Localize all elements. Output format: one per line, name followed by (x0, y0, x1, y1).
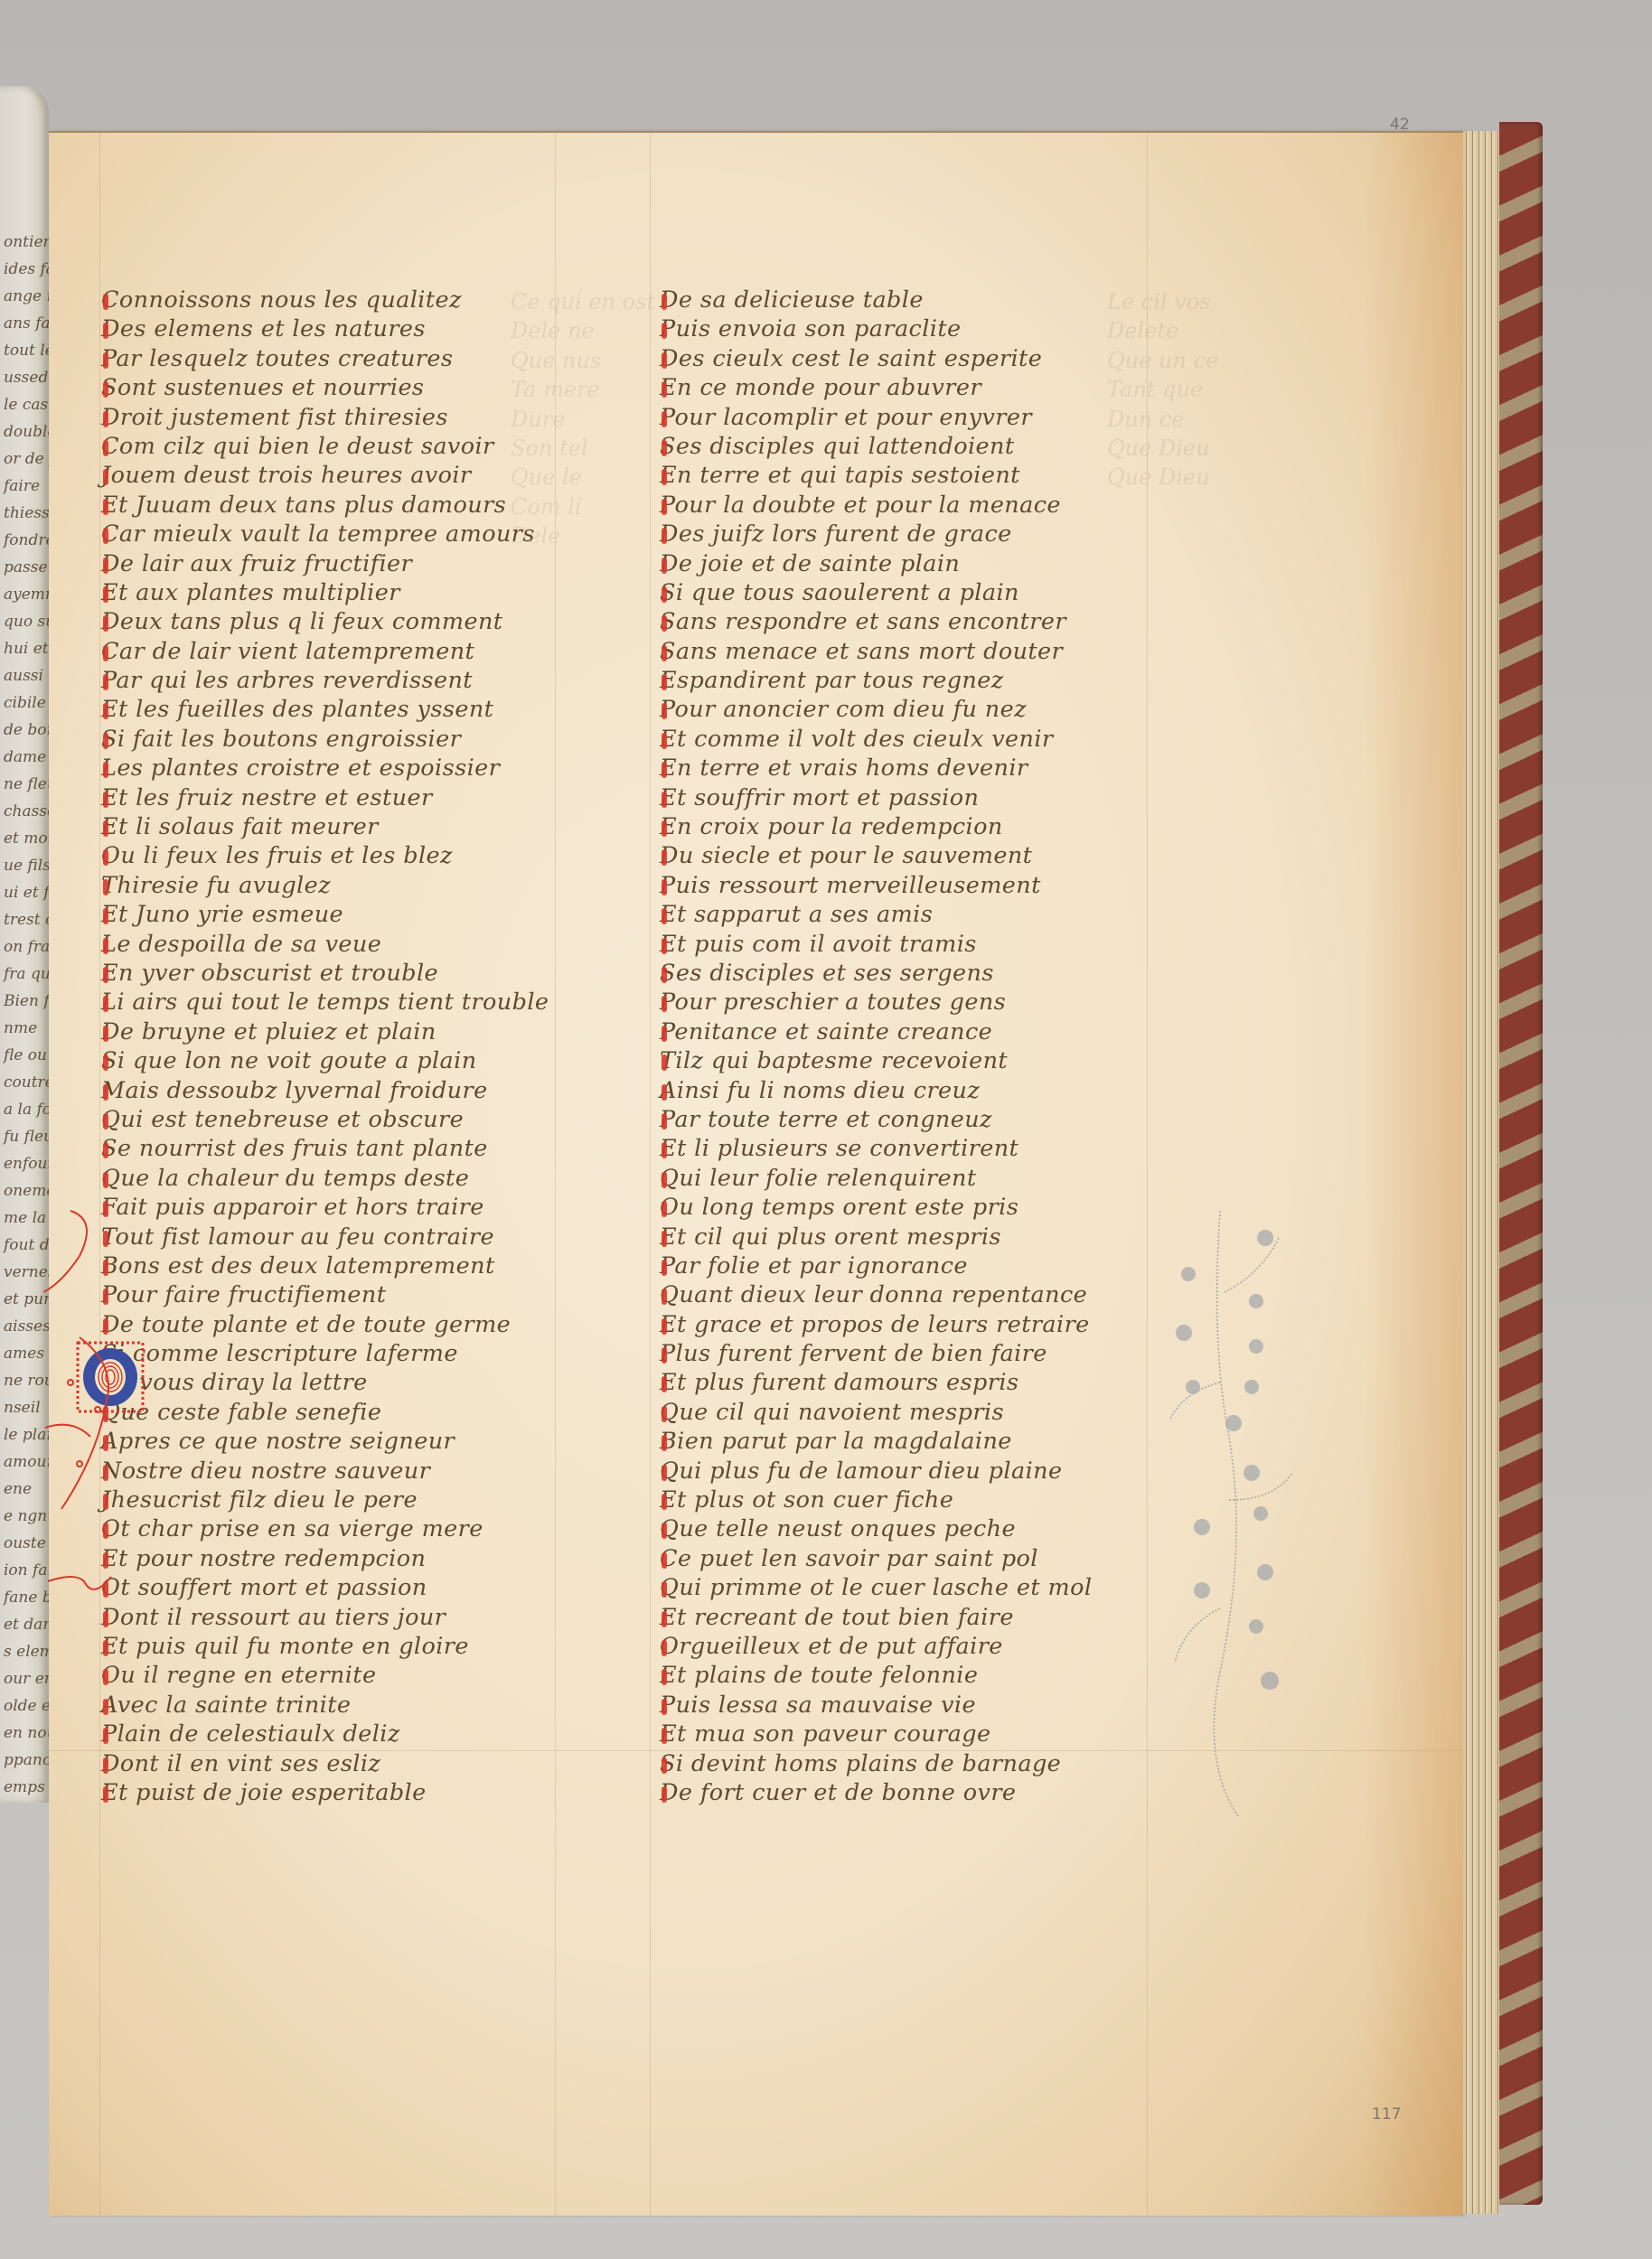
rubricated-initial: S (660, 960, 676, 987)
rubricated-initial: S (660, 579, 676, 606)
rubricated-initial: E (101, 696, 118, 723)
verse-line: Pour anoncier com dieu fu nez (660, 695, 1092, 724)
facing-page-fragment: nme (4, 1017, 49, 1041)
rubricated-initial: E (101, 1779, 118, 1806)
verse-line: Ou long temps orent este pris (660, 1193, 1092, 1222)
verse-line: Avec la sainte trinite (101, 1691, 549, 1720)
verse-line: Dont il en vint ses esliz (101, 1749, 549, 1778)
facing-page-fragment: enfoutes (4, 1152, 49, 1176)
rubricated-initial: P (101, 667, 116, 694)
verse-line: Pour la doubte et pour la menace (660, 491, 1092, 520)
facing-page-fragment: fane bruge (4, 1586, 49, 1610)
rubricated-initial: P (660, 1106, 674, 1133)
facing-page-fragment: me la (4, 1206, 49, 1231)
rubricated-initial: S (660, 1750, 676, 1777)
rubricated-initial: D (660, 1779, 679, 1806)
rubricated-initial: E (101, 1633, 118, 1660)
rubricated-initial: Q (660, 1281, 679, 1308)
verse-line: En ce monde pour abuvrer (660, 373, 1092, 402)
verse-line: Ot souffert mort et passion (101, 1573, 549, 1602)
rubricated-initial: T (660, 1047, 675, 1074)
facing-page-fragment: passemble (4, 556, 49, 580)
verse-line: Droit justement fist thiresies (101, 403, 549, 432)
rubricated-initial: P (101, 1720, 117, 1748)
rubricated-initial: E (660, 1720, 677, 1748)
verse-line: Deux tans plus q li feux comment (101, 607, 549, 636)
verse-line: Si que lon ne voit goute a plain (101, 1046, 549, 1075)
rubricated-initial: A (101, 1692, 117, 1719)
rubricated-initial: E (101, 784, 118, 811)
rubricated-initial: A (660, 1077, 677, 1104)
rubricated-initial: S (101, 1047, 117, 1074)
rubricated-initial: S (660, 638, 676, 665)
facing-page-fragment: or de fardi (4, 447, 49, 472)
rubricated-initial: E (660, 784, 677, 811)
rubricated-initial: E (660, 1311, 677, 1338)
facing-page-fragment: thiesse (4, 501, 49, 526)
verse-line: Et les fueilles des plantes yssent (101, 695, 549, 724)
facing-page-fragment: de bonire (4, 718, 49, 743)
facing-page-fragment: ussed doubt (4, 366, 49, 390)
rubricated-initial: Q (660, 1165, 679, 1192)
rubricated-initial: E (660, 755, 677, 782)
rubricated-initial: E (660, 726, 677, 753)
facing-page-fragment: s element (4, 1640, 49, 1664)
facing-page-fragment: hui et a (4, 637, 49, 661)
verse-line: Et cil qui plus orent mespris (660, 1223, 1092, 1251)
rubricated-initial: S (660, 433, 676, 460)
rubricated-initial: E (660, 667, 677, 694)
verse-line: Les plantes croistre et espoissier (101, 754, 549, 783)
facing-page-fragment: ui et fou (4, 881, 49, 905)
verse-line: Et pour nostre redempcion (101, 1544, 549, 1573)
verse-line: Et plains de toute felonnie (660, 1661, 1092, 1690)
rubricated-initial: L (101, 931, 117, 958)
rubricated-initial: E (660, 901, 677, 928)
rubricated-initial: O (101, 842, 120, 869)
facing-page-fragment: ion famb (4, 1559, 49, 1583)
verse-line: Pour preschier a toutes gens (660, 988, 1092, 1017)
verse-line: Et puist de joie esperitable (101, 1778, 549, 1807)
rubricated-initial: D (101, 315, 120, 342)
rubricated-initial: D (101, 1018, 120, 1045)
verse-line: De fort cuer et de bonne ovre (660, 1778, 1092, 1807)
facing-page-fragment: emps faut (4, 1776, 49, 1800)
verse-line: De toute plante et de toute germe (101, 1310, 549, 1339)
facing-page-fragment: ue fils sout (4, 854, 49, 878)
verse-line: Et Juno yrie esmeue (101, 900, 549, 929)
verse-line: Des juifz lors furent de grace (660, 520, 1092, 548)
rubricated-initial: E (101, 579, 118, 606)
facing-page-fragment: le cas faill (4, 393, 49, 417)
verse-line: Sans respondre et sans encontrer (660, 607, 1092, 636)
verse-line: Com cilz qui bien le deust savoir (101, 432, 549, 461)
verse-line: Ses disciples et ses sergens (660, 959, 1092, 988)
rubricated-initial: P (660, 872, 676, 899)
rubricated-initial: Q (660, 1515, 679, 1542)
verse-line: Et li plusieurs se convertirent (660, 1134, 1092, 1163)
facing-page-fragment: on fra (4, 935, 49, 960)
rubricated-initial: C (660, 1545, 678, 1572)
verse-line: Et li solaus fait meurer (101, 812, 549, 841)
ruling-line (99, 133, 100, 2216)
verse-line: Et mua son paveur courage (660, 1720, 1092, 1748)
rubricated-initial: C (101, 286, 119, 314)
facing-page-fragment: vernes (4, 1261, 49, 1285)
facing-page-fragment: le plans (4, 1423, 49, 1448)
facing-page-fragment: nseil (4, 1396, 49, 1420)
verse-line: Sont sustenues et nourries (101, 373, 549, 402)
verse-line: Si comme lescripture laferme (101, 1339, 549, 1368)
rubricated-initial: D (660, 550, 679, 577)
verse-line: Qui primme ot le cuer lasche et mol (660, 1573, 1092, 1602)
verse-line: Par lesquelz toutes creatures (101, 344, 549, 373)
rubricated-initial: D (660, 520, 679, 548)
verse-line: Or vous diray la lettre (101, 1368, 549, 1397)
verse-line: Et aux plantes multiplier (101, 578, 549, 607)
facing-page-fragment: coutre (4, 1071, 49, 1095)
verse-line: Et comme il volt des cieulx venir (660, 725, 1092, 754)
verse-line: Car de lair vient latemprement (101, 637, 549, 666)
rubricated-initial: D (101, 550, 120, 577)
book-binding (1499, 122, 1543, 2205)
verse-line: Ses disciples qui lattendoient (660, 432, 1092, 461)
verse-line: Par toute terre et congneuz (660, 1105, 1092, 1134)
facing-page-fragment: olde et de (4, 1694, 49, 1719)
verse-line: Et puis quil fu monte en gloire (101, 1632, 549, 1661)
rubricated-initial: D (101, 1750, 120, 1777)
rubricated-initial: L (101, 989, 117, 1016)
rubricated-initial: E (660, 931, 677, 958)
facing-page-fragment: ange retraire (4, 285, 49, 309)
rubricated-initial: E (660, 1486, 677, 1514)
verse-line: Qui est tenebreuse et obscure (101, 1105, 549, 1134)
rubricated-initial: O (660, 1194, 679, 1221)
rubricated-initial: Q (101, 1106, 120, 1133)
rubricated-initial: Q (660, 1574, 679, 1601)
verse-line: Et plus furent damours espris (660, 1368, 1092, 1397)
rubricated-initial: M (101, 1077, 126, 1104)
rubricated-initial: E (101, 960, 118, 987)
facing-page-fragment: ayemnes (4, 583, 49, 607)
verse-line: Le despoilla de sa veue (101, 930, 549, 959)
facing-page-fragment: our ement (4, 1667, 49, 1692)
rubricated-initial: E (660, 813, 677, 840)
facing-page-fragment: ames (4, 1342, 49, 1366)
verse-line: Et souffrir mort et passion (660, 783, 1092, 812)
rubricated-initial: E (660, 1223, 677, 1251)
verse-line: Et les fruiz nestre et estuer (101, 783, 549, 812)
rubricated-initial: P (660, 315, 676, 342)
rubricated-initial: P (660, 696, 675, 723)
verse-line: En terre et vrais homs devenir (660, 754, 1092, 783)
rubricated-initial: O (660, 1633, 679, 1660)
rubricated-initial: E (101, 901, 118, 928)
marginal-vine-sketch-icon (1166, 1202, 1301, 1825)
verse-line: Qui plus fu de lamour dieu plaine (660, 1457, 1092, 1486)
verse-line: Puis lessa sa mauvaise vie (660, 1691, 1092, 1720)
verse-line: En croix pour la redempcion (660, 812, 1092, 841)
rubricated-initial: D (101, 608, 120, 635)
facing-page-fragment: dame (4, 745, 49, 770)
rubricated-initial: E (101, 813, 118, 840)
rubricated-initial: S (101, 1135, 117, 1162)
verse-line: Li airs qui tout le temps tient trouble (101, 988, 549, 1017)
verse-line: Tout fist lamour au feu contraire (101, 1223, 549, 1251)
text-column-right: De sa delicieuse tablePuis envoia son pa… (660, 286, 1092, 1807)
rubricated-initial: E (660, 1604, 677, 1631)
verse-line: Mais dessoubz lyvernal froidure (101, 1076, 549, 1105)
verse-line: Par folie et par ignorance (660, 1251, 1092, 1280)
rubricated-initial: P (660, 989, 675, 1016)
verse-line: Connoissons nous les qualitez (101, 286, 549, 314)
verse-line: Dont il ressourt au tiers jour (101, 1603, 549, 1632)
verse-line: Si devint homs plains de barnage (660, 1749, 1092, 1778)
verse-line: Sans menace et sans mort douter (660, 637, 1092, 666)
verse-line: Car mieulx vault la tempree amours (101, 520, 549, 548)
bleedthrough-text: Le cil vosDeleteQue un ceTant queDun ceQ… (1107, 287, 1218, 492)
facing-page-fragment: fra que (4, 962, 49, 987)
left-facing-page: ontierides faireange retraireans fauorto… (0, 86, 49, 1803)
red-penwork-flourish-icon (43, 1202, 125, 1599)
verse-line: Que telle neust onques peche (660, 1514, 1092, 1543)
verse-line: Pour lacomplir et pour enyvrer (660, 403, 1092, 432)
verse-line: De bruyne et pluiez et plain (101, 1017, 549, 1046)
verse-line: Apres ce que nostre seigneur (101, 1427, 549, 1456)
facing-page-fragment: cibile (4, 691, 49, 716)
rubricated-initial: J (101, 462, 111, 489)
rubricated-initial: P (660, 1018, 674, 1045)
rubricated-initial: E (660, 462, 677, 489)
facing-page-fragment: trest on (4, 908, 49, 933)
verse-line: Puis ressourt merveilleusement (660, 871, 1092, 900)
rubricated-initial: E (101, 492, 118, 519)
rubricated-initial: S (660, 608, 676, 635)
verse-line: Thiresie fu avuglez (101, 871, 549, 900)
rubricated-initial: E (660, 1662, 677, 1689)
verse-line: Quant dieux leur donna repentance (660, 1280, 1092, 1309)
text-block-edges (1463, 131, 1499, 2214)
verse-line: De joie et de sainte plain (660, 549, 1092, 578)
rubricated-initial: Q (101, 1165, 120, 1192)
rubricated-initial: T (101, 872, 117, 899)
verse-line: Qui leur folie relenquirent (660, 1164, 1092, 1193)
facing-page-fragment: ene (4, 1477, 49, 1502)
verse-line: Du siecle et pour le sauvement (660, 841, 1092, 870)
verse-line: Et recreant de tout bien faire (660, 1603, 1092, 1632)
verse-line: Jhesucrist filz dieu le pere (101, 1486, 549, 1514)
rubricated-initial: C (101, 433, 119, 460)
verse-line: Bons est des deux latemprement (101, 1251, 549, 1280)
verse-line: Et grace et propos de leurs retraire (660, 1310, 1092, 1339)
facing-page-fragment: ontier (4, 230, 49, 255)
verse-line: Par qui les arbres reverdissent (101, 666, 549, 695)
verse-line: Penitance et sainte creance (660, 1017, 1092, 1046)
verse-line: Si fait les boutons engroissier (101, 725, 549, 754)
folio-number-top: 42 (1390, 116, 1410, 134)
verse-line: Que la chaleur du temps deste (101, 1164, 549, 1193)
verse-line: Si que tous saoulerent a plain (660, 578, 1092, 607)
verse-line: Des cieulx cest le saint esperite (660, 344, 1092, 373)
verse-line: Ou li feux les fruis et les blez (101, 841, 549, 870)
facing-page-fragment: quo suf (4, 610, 49, 634)
facing-page-fragment: faire (4, 474, 49, 499)
rubricated-initial: P (101, 345, 116, 372)
rubricated-initial: L (101, 755, 117, 782)
facing-page-fragment: fle ou (4, 1044, 49, 1068)
rubricated-initial: P (660, 1340, 676, 1367)
rubricated-initial: O (101, 1662, 120, 1689)
facing-page-fragment: Bien fou (4, 989, 49, 1014)
verse-line: Nostre dieu nostre sauveur (101, 1457, 549, 1486)
facing-page-fragment: ides faire (4, 258, 49, 282)
facing-page-fragment: double nat (4, 420, 49, 445)
rubricated-initial: D (660, 842, 679, 869)
rubricated-initial: E (660, 1135, 677, 1162)
verse-line: De lair aux fruiz fructifier (101, 549, 549, 578)
facing-page-fragment: fu fleur (4, 1125, 49, 1149)
verse-line: Jouem deust trois heures avoir (101, 461, 549, 490)
verse-line: Ot char prise en sa vierge mere (101, 1514, 549, 1543)
rubricated-initial: S (101, 374, 117, 401)
verse-line: Ou il regne en eternite (101, 1661, 549, 1690)
verse-line: En terre et qui tapis sestoient (660, 461, 1092, 490)
rubricated-initial: D (660, 345, 679, 372)
facing-page-fragment: e ngnute (4, 1504, 49, 1529)
verse-line: Et Juuam deux tans plus damours (101, 491, 549, 520)
facing-page-fragment: et moie (4, 827, 49, 851)
verse-line: Et plus ot son cuer fiche (660, 1486, 1092, 1514)
rubricated-initial: D (660, 286, 679, 314)
verse-line: En yver obscurist et trouble (101, 959, 549, 988)
verse-line: Puis envoia son paraclite (660, 314, 1092, 343)
verse-line: Ainsi fu li noms dieu creuz (660, 1076, 1092, 1105)
verse-line: Plus furent fervent de bien faire (660, 1339, 1092, 1368)
facing-page-fragment: et pur (4, 1288, 49, 1312)
text-column-left: Connoissons nous les qualitezDes elemens… (101, 286, 549, 1807)
facing-page-fragment: et dame (4, 1613, 49, 1637)
facing-page-fragment: fondre ou (4, 529, 49, 553)
verse-line: Se nourrist des fruis tant plante (101, 1134, 549, 1163)
verse-line: Que ceste fable senefie (101, 1398, 549, 1427)
rubricated-initial: D (101, 1604, 120, 1631)
verse-line: Et puis com il avoit tramis (660, 930, 1092, 959)
rubricated-initial: C (101, 638, 119, 665)
folio-number-bottom: 117 (1372, 2105, 1401, 2123)
verse-line: Que cil qui navoient mespris (660, 1398, 1092, 1427)
verse-line: De sa delicieuse table (660, 286, 1092, 314)
rubricated-initial: B (660, 1428, 677, 1455)
facing-page-fragment: aussi (4, 664, 49, 689)
rubricated-initial: E (660, 374, 677, 401)
verse-line: Et sapparut a ses amis (660, 900, 1092, 929)
rubricated-initial: Q (660, 1399, 679, 1426)
verse-line: Orgueilleux et de put affaire (660, 1632, 1092, 1661)
verse-line: Bien parut par la magdalaine (660, 1427, 1092, 1456)
facing-page-fragment: ouste con (4, 1532, 49, 1556)
rubricated-initial: Q (660, 1458, 679, 1485)
rubricated-initial: S (101, 726, 117, 753)
verse-line: Tilz qui baptesme recevoient (660, 1046, 1092, 1075)
verse-line: Pour faire fructifiement (101, 1280, 549, 1309)
verse-line: Espandirent par tous regnez (660, 666, 1092, 695)
rubricated-initial: D (101, 404, 120, 431)
facing-page-fragment: onemes (4, 1179, 49, 1204)
verse-line: Plain de celestiaulx deliz (101, 1720, 549, 1748)
rubricated-initial: P (660, 1692, 676, 1719)
facing-page-fragment: a la for (4, 1098, 49, 1122)
rubricated-initial: P (660, 492, 675, 519)
rubricated-initial: P (660, 404, 675, 431)
verse-line: Des elemens et les natures (101, 314, 549, 343)
facing-page-fragment: ppance au (4, 1748, 49, 1773)
facing-page-fragment: aisses (4, 1315, 49, 1339)
rubricated-initial: E (660, 1369, 677, 1396)
facing-page-fragment: ne rou (4, 1369, 49, 1393)
facing-page-fragment: ans fauor (4, 312, 49, 336)
rubricated-initial: P (660, 1252, 674, 1279)
facing-page-fragment: amour d (4, 1450, 49, 1475)
verse-line: Ce puet len savoir par saint pol (660, 1544, 1092, 1573)
facing-page-fragment: chasse (4, 800, 49, 824)
verse-line: Fait puis apparoir et hors traire (101, 1193, 549, 1222)
facing-page-fragment: en nouver (4, 1721, 49, 1746)
rubricated-initial: C (101, 520, 119, 548)
facing-page-fragment: tout le faire (4, 339, 49, 363)
facing-page-fragment: fout de (4, 1233, 49, 1258)
facing-page-fragment: ne fleurs (4, 773, 49, 797)
